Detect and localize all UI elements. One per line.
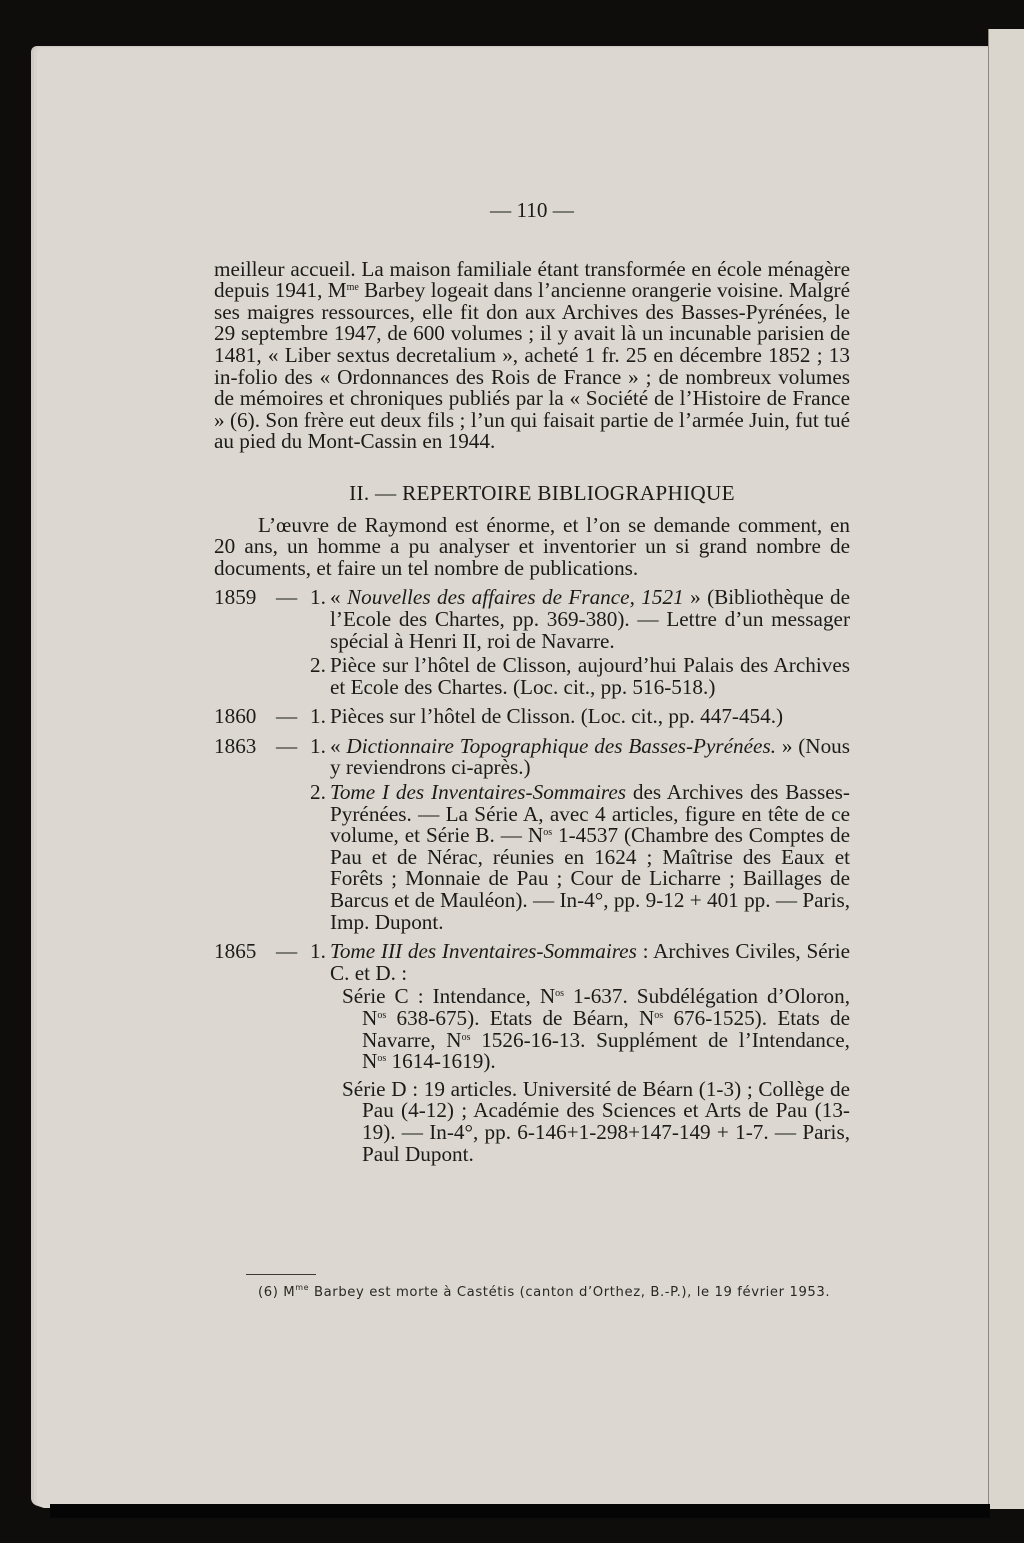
entry-year: 1860 <box>214 706 276 728</box>
bibliography-entry-1865: 1865 — 1. Tome III des Inventaires-Somma… <box>214 941 850 984</box>
superscript: os <box>543 827 552 838</box>
sub-entry-label: Série D : <box>342 1077 418 1101</box>
superscript: os <box>377 1010 386 1021</box>
facing-page-edge <box>988 29 1024 1509</box>
superscript: os <box>377 1053 386 1064</box>
bibliography-entry-1863: 1863 — 1. « Dictionnaire Topographique d… <box>214 736 850 779</box>
entry-text: Tome III des Inventaires-Sommaires : Arc… <box>330 941 850 984</box>
entry-dash: — <box>276 941 310 984</box>
superscript: me <box>347 282 359 293</box>
entry-year: 1865 <box>214 941 276 984</box>
text-run: 1614-1619). <box>386 1049 495 1073</box>
footnote: (6) Mme Barbey est morte à Castétis (can… <box>214 1283 850 1303</box>
page-content: — 110 — meilleur accueil. La maison fami… <box>214 200 850 1165</box>
bibliography-entry-1863-2: 2. Tome I des Inventaires-Sommaires des … <box>214 782 850 933</box>
text-run: M <box>278 1285 295 1300</box>
entry-title: Tome III des Inventaires-Sommaires <box>330 939 637 963</box>
entry-number: 1. <box>310 587 330 652</box>
entry-number: 1. <box>310 941 330 984</box>
entry-number: 2. <box>310 655 330 698</box>
entry-text: Tome I des Inventaires-Sommaires des Arc… <box>330 782 850 933</box>
entry-text: « Dictionnaire Topographique des Basses-… <box>330 736 850 779</box>
page-number: — 110 — <box>214 200 850 222</box>
sub-entry-serie-d: Série D : 19 articles. Université de Béa… <box>342 1079 850 1165</box>
superscript: os <box>555 988 564 999</box>
superscript: me <box>295 1283 309 1292</box>
entry-text: Pièce sur l’hôtel de Clisson, aujourd’hu… <box>330 655 850 698</box>
section-intro-paragraph: L’œuvre de Raymond est énorme, et l’on s… <box>214 515 850 580</box>
superscript: os <box>654 1010 663 1021</box>
quote-open: « <box>330 585 347 609</box>
text-run: 19 articles. Université de Béarn (1-3) ;… <box>362 1077 850 1166</box>
entry-number: 1. <box>310 706 330 728</box>
entry-dash: — <box>276 587 310 652</box>
entry-dash-blank <box>276 782 310 933</box>
entry-text: « Nouvelles des affaires de France, 1521… <box>330 587 850 652</box>
bibliography-entry-1860: 1860 — 1. Pièces sur l’hôtel de Clisson.… <box>214 706 850 728</box>
entry-title: Tome I des Inventaires-Sommaires <box>330 780 626 804</box>
entry-year-blank <box>214 782 276 933</box>
entry-year: 1863 <box>214 736 276 779</box>
page-shadow <box>50 1504 990 1518</box>
text-run: 638-675). Etats de Béarn, N <box>386 1006 654 1030</box>
entry-year-blank <box>214 655 276 698</box>
text-run: Barbey est morte à Castétis (canton d’Or… <box>309 1285 830 1300</box>
entry-number: 1. <box>310 736 330 779</box>
entry-dash-blank <box>276 655 310 698</box>
entry-number: 2. <box>310 782 330 933</box>
text-run: Intendance, N <box>424 984 556 1008</box>
text-run: Barbey logeait dans l’ancienne orangerie… <box>214 278 850 453</box>
entry-dash: — <box>276 706 310 728</box>
intro-paragraph: meilleur accueil. La maison familiale ét… <box>214 259 850 453</box>
footnote-separator <box>246 1274 316 1275</box>
entry-year: 1859 <box>214 587 276 652</box>
entry-text: Pièces sur l’hôtel de Clisson. (Loc. cit… <box>330 706 850 728</box>
quote-open: « <box>330 734 346 758</box>
bibliography-entry-1859-2: 2. Pièce sur l’hôtel de Clisson, aujourd… <box>214 655 850 698</box>
section-heading: II. — REPERTOIRE BIBLIOGRAPHIQUE <box>214 483 850 505</box>
sub-entry-serie-c: Série C : Intendance, Nos 1-637. Subdélé… <box>342 986 850 1072</box>
sub-entry-label: Série C : <box>342 984 424 1008</box>
entry-dash: — <box>276 736 310 779</box>
bibliography-entry-1859: 1859 — 1. « Nouvelles des affaires de Fr… <box>214 587 850 652</box>
footnote-marker: (6) <box>258 1285 278 1300</box>
entry-title: Nouvelles des affaires de France, 1521 <box>347 585 684 609</box>
entry-title: Dictionnaire Topographique des Basses-Py… <box>346 734 776 758</box>
